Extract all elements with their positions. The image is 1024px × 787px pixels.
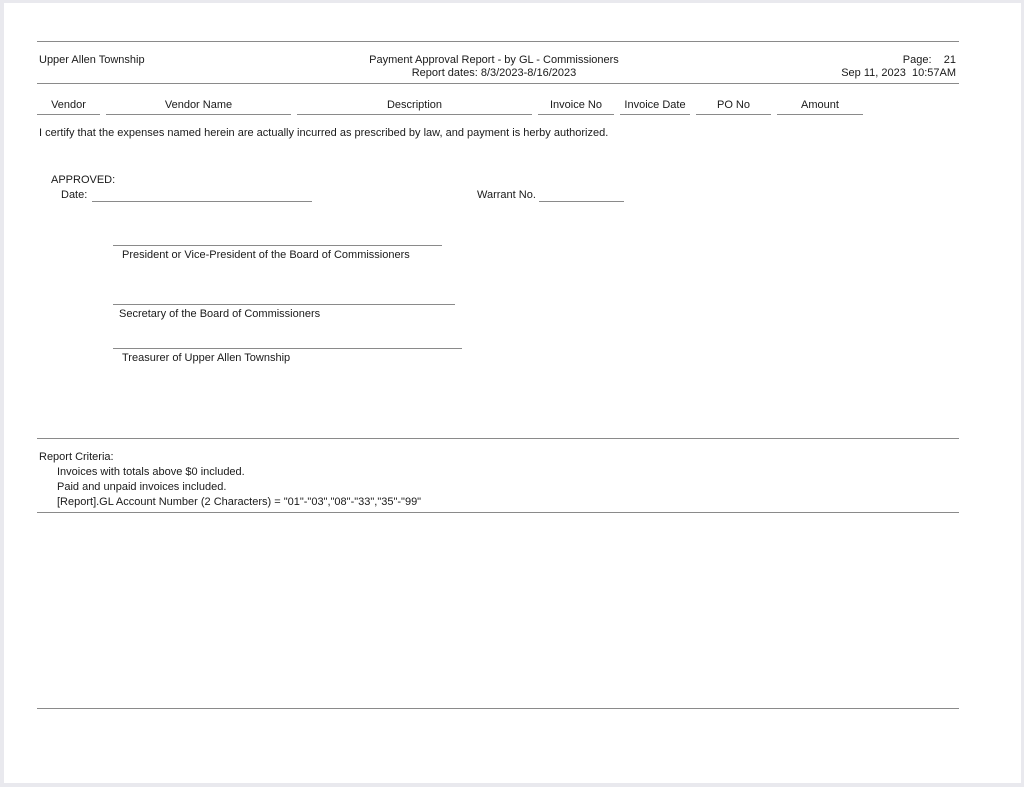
criteria-item: [Report].GL Account Number (2 Characters… bbox=[57, 496, 421, 509]
date-label: Date: bbox=[61, 189, 87, 202]
criteria-top-rule bbox=[37, 438, 959, 439]
criteria-item: Paid and unpaid invoices included. bbox=[57, 481, 226, 494]
column-underline bbox=[620, 114, 690, 115]
column-header-invoice-no: Invoice No bbox=[538, 99, 614, 112]
generated-timestamp: Sep 11, 2023 10:57AM bbox=[784, 67, 956, 80]
signature-line-treasurer bbox=[113, 348, 462, 349]
page-label: Page: bbox=[903, 54, 932, 66]
approved-label: APPROVED: bbox=[51, 174, 115, 187]
criteria-title: Report Criteria: bbox=[39, 451, 114, 464]
column-underline bbox=[106, 114, 291, 115]
column-header-amount: Amount bbox=[777, 99, 863, 112]
report-title: Payment Approval Report - by GL - Commis… bbox=[294, 54, 694, 67]
report-dates: Report dates: 8/3/2023-8/16/2023 bbox=[294, 67, 694, 80]
header-top-rule bbox=[37, 41, 959, 42]
column-header-description: Description bbox=[297, 99, 532, 112]
signature-line-secretary bbox=[113, 304, 455, 305]
column-header-po-no: PO No bbox=[696, 99, 771, 112]
warrant-label: Warrant No. bbox=[477, 189, 536, 202]
date-signature-line bbox=[92, 201, 312, 202]
page-number: 21 bbox=[944, 54, 956, 66]
organization-name: Upper Allen Township bbox=[39, 54, 145, 67]
column-header-vendor: Vendor bbox=[37, 99, 100, 112]
signature-line-president bbox=[113, 245, 442, 246]
page-indicator: Page: 21 bbox=[824, 54, 956, 67]
criteria-bottom-rule bbox=[37, 512, 959, 513]
footer-rule bbox=[37, 708, 959, 709]
column-underline bbox=[696, 114, 771, 115]
signature-title-secretary: Secretary of the Board of Commissioners bbox=[119, 308, 320, 321]
report-page: Upper Allen Township Payment Approval Re… bbox=[4, 3, 1021, 783]
column-header-vendor-name: Vendor Name bbox=[106, 99, 291, 112]
header-bottom-rule bbox=[37, 83, 959, 84]
signature-title-president: President or Vice-President of the Board… bbox=[122, 249, 410, 262]
column-underline bbox=[538, 114, 614, 115]
column-underline bbox=[297, 114, 532, 115]
warrant-line bbox=[539, 201, 624, 202]
column-underline bbox=[777, 114, 863, 115]
certification-statement: I certify that the expenses named herein… bbox=[39, 127, 608, 140]
column-header-invoice-date: Invoice Date bbox=[620, 99, 690, 112]
column-underline bbox=[37, 114, 100, 115]
criteria-item: Invoices with totals above $0 included. bbox=[57, 466, 245, 479]
signature-title-treasurer: Treasurer of Upper Allen Township bbox=[122, 352, 290, 365]
